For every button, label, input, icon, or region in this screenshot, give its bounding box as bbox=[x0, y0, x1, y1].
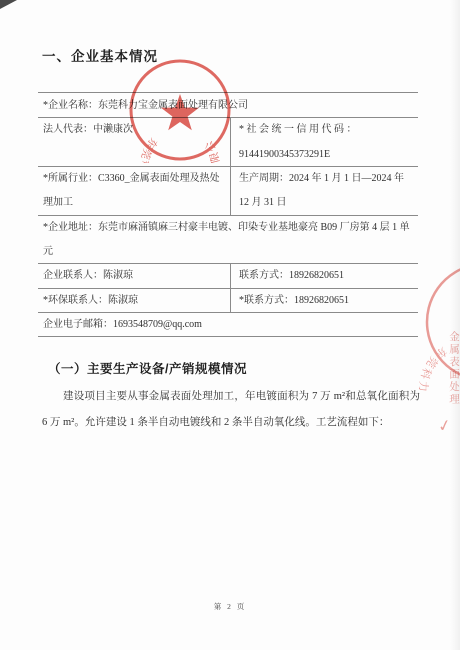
subsection-heading: （一）主要生产设备/产销规模情况 bbox=[48, 359, 247, 377]
production-period-cell: 生产周期：2024 年 1 月 1 日—2024 年 12 月 31 日 bbox=[230, 167, 418, 215]
contact-person-cell: 企业联系人：陈淑琼 bbox=[38, 264, 230, 288]
company-info-table: *企业名称：东莞科力宝金属表面处理有限公司 法人代表：中濑康次 * 社 会 统 … bbox=[38, 92, 418, 337]
edge-seal-text-fragment: 金属表面处理 bbox=[446, 331, 460, 411]
table-row-legal-rep: 法人代表：中濑康次 * 社 会 统 一 信 用 代 码 ： 9144190034… bbox=[38, 117, 418, 166]
contact-phone-cell: 联系方式：18926820651 bbox=[230, 264, 418, 288]
credit-code-cell: * 社 会 统 一 信 用 代 码 ： 91441900345373291E bbox=[230, 118, 418, 166]
address-cell: *企业地址：东莞市麻涌镇麻三村豪丰电镀、印染专业基地豪亮 B09 厂房第 4 层… bbox=[38, 216, 418, 264]
email-cell: 企业电子邮箱：1693548709@qq.com bbox=[38, 313, 418, 337]
page-number: 第 2 页 bbox=[0, 601, 460, 612]
table-row-address: *企业地址：东莞市麻涌镇麻三村豪丰电镀、印染专业基地豪亮 B09 厂房第 4 层… bbox=[38, 215, 418, 263]
table-row-email: 企业电子邮箱：1693548709@qq.com bbox=[38, 312, 418, 337]
credit-code-value: 91441900345373291E bbox=[239, 143, 414, 167]
edge-red-check-mark: ✓ bbox=[436, 415, 453, 437]
scan-corner-artifact bbox=[0, 0, 17, 9]
industry-cell: *所属行业：C3360_金属表面处理及热处理加工 bbox=[38, 167, 230, 215]
table-row-contact: 企业联系人：陈淑琼 联系方式：18926820651 bbox=[38, 263, 418, 288]
document-page: 一、企业基本情况 *企业名称：东莞科力宝金属表面处理有限公司 法人代表：中濑康次… bbox=[0, 0, 460, 650]
edge-seal-stamp-partial: 东莞科力宝金属表面处理有限公司 bbox=[415, 252, 460, 392]
legal-rep-cell: 法人代表：中濑康次 bbox=[38, 118, 230, 166]
company-name-cell: *企业名称：东莞科力宝金属表面处理有限公司 bbox=[38, 93, 418, 118]
env-contact-phone-cell: *联系方式：18926820651 bbox=[230, 289, 418, 312]
svg-text:东莞科力宝金属表面处理有限公司: 东莞科力宝金属表面处理有限公司 bbox=[415, 341, 460, 392]
edge-seal-arc-text: 东莞科力宝金属表面处理有限公司 bbox=[415, 341, 460, 392]
body-paragraph: 建设项目主要从事金属表面处理加工，年电镀面积为 7 万 m²和总氧化面积为 6 … bbox=[42, 384, 420, 435]
scan-edge-shading bbox=[450, 0, 460, 650]
table-row-company-name: *企业名称：东莞科力宝金属表面处理有限公司 bbox=[38, 92, 418, 117]
edge-seal-ring bbox=[415, 252, 460, 392]
table-row-env-contact: *环保联系人：陈淑琼 *联系方式：18926820651 bbox=[38, 288, 418, 312]
credit-code-label: * 社 会 统 一 信 用 代 码 ： bbox=[239, 118, 414, 143]
section-title: 一、企业基本情况 bbox=[42, 45, 158, 65]
table-row-industry: *所属行业：C3360_金属表面处理及热处理加工 生产周期：2024 年 1 月… bbox=[38, 166, 418, 215]
env-contact-person-cell: *环保联系人：陈淑琼 bbox=[38, 289, 230, 312]
